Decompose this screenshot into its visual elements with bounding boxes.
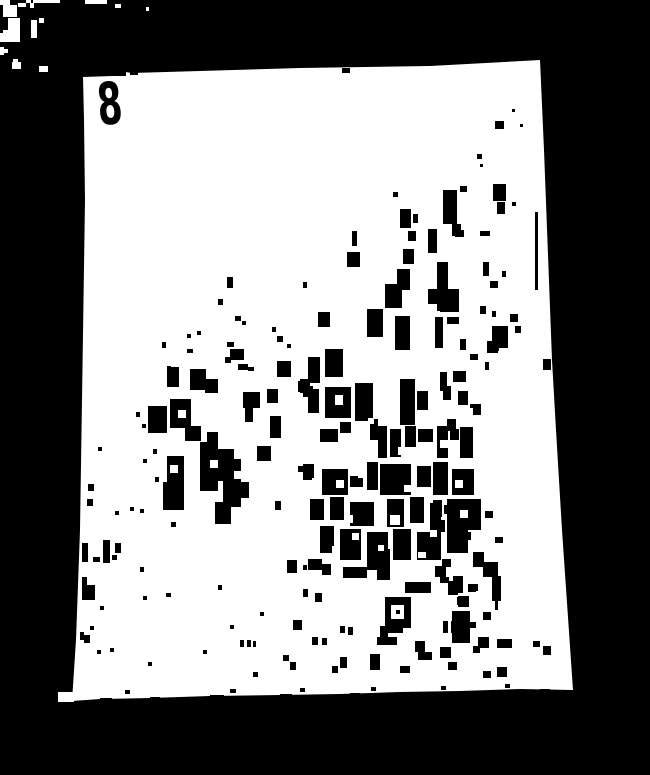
ink-blob bbox=[280, 694, 292, 699]
ink-blob bbox=[80, 632, 84, 640]
ink-blob bbox=[100, 606, 104, 610]
ink-blob bbox=[480, 306, 486, 314]
ink-blob bbox=[505, 684, 510, 688]
noise-hole bbox=[335, 395, 343, 405]
ink-blob bbox=[82, 543, 88, 562]
ink-blob bbox=[348, 627, 353, 635]
noise-hole bbox=[345, 515, 353, 523]
ink-blob bbox=[162, 342, 166, 348]
ink-blob bbox=[447, 317, 459, 324]
margin-speck bbox=[12, 62, 21, 69]
ink-blob bbox=[543, 646, 551, 655]
noise-hole bbox=[210, 460, 218, 468]
noise-hole bbox=[358, 470, 366, 478]
ink-blob bbox=[377, 637, 397, 645]
ink-blob bbox=[483, 612, 491, 620]
ink-blob bbox=[473, 404, 481, 415]
ink-blob bbox=[428, 289, 459, 304]
ink-blob bbox=[257, 446, 271, 461]
ink-blob bbox=[352, 231, 357, 246]
ink-blob bbox=[203, 650, 207, 654]
ink-blob bbox=[497, 639, 512, 648]
ink-blob bbox=[290, 662, 296, 670]
margin-speck bbox=[18, 3, 26, 7]
ink-blob bbox=[435, 317, 443, 348]
ink-blob bbox=[267, 389, 278, 403]
ink-blob bbox=[400, 666, 410, 673]
ink-blob bbox=[385, 284, 402, 308]
ink-blob bbox=[247, 640, 251, 647]
ink-blob bbox=[340, 422, 351, 433]
noise-hole bbox=[170, 465, 178, 473]
ink-blob bbox=[470, 354, 478, 360]
ink-blob bbox=[440, 647, 451, 658]
ink-blob bbox=[190, 369, 206, 390]
ink-blob bbox=[215, 502, 231, 524]
ink-blob bbox=[441, 686, 446, 690]
ink-blob bbox=[417, 466, 431, 487]
ink-blob bbox=[497, 202, 505, 214]
ink-blob bbox=[248, 367, 254, 371]
ink-blob bbox=[367, 309, 383, 337]
margin-speck bbox=[146, 7, 149, 11]
ink-blob bbox=[460, 339, 466, 350]
binarized-photo-canvas: 8 bbox=[0, 0, 650, 775]
ink-blob bbox=[150, 697, 160, 702]
ink-blob bbox=[420, 692, 432, 697]
ink-blob bbox=[512, 202, 516, 206]
margin-speck bbox=[115, 4, 121, 8]
ink-blob bbox=[450, 429, 459, 440]
ink-blob bbox=[480, 231, 490, 236]
ink-blob bbox=[483, 562, 498, 577]
ink-blob bbox=[371, 687, 376, 691]
ink-blob bbox=[230, 459, 241, 471]
ink-blob bbox=[433, 462, 448, 495]
margin-speck bbox=[39, 18, 44, 23]
ink-blob bbox=[405, 582, 431, 593]
ink-blob bbox=[418, 429, 433, 442]
ink-blob bbox=[310, 499, 324, 520]
ink-blob bbox=[308, 559, 322, 570]
ink-blob bbox=[153, 449, 157, 454]
ink-blob bbox=[218, 299, 223, 305]
ink-blob bbox=[322, 564, 331, 575]
ink-blob bbox=[477, 154, 482, 159]
ink-blob bbox=[142, 424, 146, 428]
ink-blob bbox=[242, 321, 246, 325]
ink-blob bbox=[370, 654, 380, 670]
ink-blob bbox=[230, 689, 236, 693]
ink-blob bbox=[512, 109, 515, 112]
ink-blob bbox=[90, 626, 94, 630]
margin-speck bbox=[33, 0, 60, 3]
ink-blob bbox=[473, 552, 484, 567]
ink-blob bbox=[303, 464, 314, 480]
ink-blob bbox=[535, 212, 538, 290]
ink-blob bbox=[253, 641, 256, 647]
ink-blob bbox=[298, 466, 303, 472]
noise-hole bbox=[310, 430, 318, 438]
ink-blob bbox=[143, 459, 147, 463]
ink-blob bbox=[322, 469, 348, 495]
binarized-photo: 8 bbox=[0, 0, 650, 775]
ink-blob bbox=[148, 406, 167, 433]
ink-blob bbox=[143, 596, 147, 600]
ink-blob bbox=[303, 282, 307, 288]
ink-blob bbox=[97, 650, 101, 654]
ink-blob bbox=[270, 416, 281, 438]
ink-blob bbox=[238, 364, 248, 370]
ink-blob bbox=[253, 672, 258, 677]
ink-blob bbox=[540, 689, 550, 694]
ink-blob bbox=[86, 585, 95, 600]
ink-blob bbox=[440, 304, 459, 312]
ink-blob bbox=[347, 252, 360, 267]
ink-blob bbox=[88, 484, 94, 491]
ink-blob bbox=[497, 667, 507, 677]
ink-blob bbox=[103, 540, 110, 563]
ink-blob bbox=[155, 477, 159, 482]
ink-blob bbox=[240, 640, 244, 647]
ink-overlay-layer bbox=[396, 610, 400, 614]
ink-blob bbox=[84, 635, 90, 643]
ink-blob bbox=[492, 311, 496, 317]
ink-blob bbox=[403, 249, 414, 264]
ink-blob bbox=[300, 688, 305, 692]
ink-blob bbox=[493, 184, 506, 201]
ink-blob bbox=[492, 334, 499, 351]
ink-blob bbox=[480, 691, 490, 696]
ink-blob bbox=[463, 532, 471, 540]
ink-blob bbox=[393, 192, 398, 197]
ink-blob bbox=[520, 124, 523, 127]
noise-hole bbox=[455, 480, 463, 488]
ink-blob bbox=[235, 316, 241, 321]
ink-blob bbox=[332, 666, 338, 673]
ink-blob bbox=[218, 585, 222, 590]
ink-blob bbox=[277, 336, 283, 342]
ink-blob bbox=[435, 566, 446, 577]
ink-blob bbox=[510, 314, 518, 322]
ink-blob bbox=[230, 625, 234, 629]
ink-blob bbox=[227, 342, 234, 347]
ink-blob bbox=[377, 549, 390, 580]
ink-blob bbox=[473, 646, 480, 653]
ink-blob bbox=[342, 68, 350, 73]
ink-blob bbox=[100, 698, 112, 703]
ink-blob bbox=[318, 312, 330, 327]
ink-blob bbox=[415, 641, 425, 652]
ink-blob bbox=[187, 334, 191, 338]
ink-blob bbox=[303, 565, 307, 570]
ink-blob bbox=[460, 186, 467, 192]
noise-hole bbox=[460, 510, 468, 518]
ink-blob bbox=[287, 560, 297, 573]
margin-speck bbox=[26, 0, 31, 3]
ink-blob bbox=[287, 344, 291, 348]
noise-hole bbox=[418, 552, 426, 558]
ink-blob bbox=[340, 657, 347, 668]
ink-blob bbox=[140, 567, 144, 572]
margin-speck bbox=[85, 0, 107, 4]
noise-hole bbox=[425, 495, 433, 503]
ink-blob bbox=[355, 383, 373, 421]
ink-blob bbox=[322, 638, 327, 645]
ink-blob bbox=[378, 426, 387, 458]
ink-blob bbox=[210, 695, 224, 700]
ink-blob bbox=[140, 509, 144, 513]
noise-hole bbox=[336, 480, 344, 488]
ink-blob bbox=[343, 567, 367, 578]
ink-blob bbox=[93, 557, 100, 562]
ink-blob bbox=[543, 359, 551, 370]
ink-blob bbox=[130, 70, 138, 75]
ink-blob bbox=[367, 559, 377, 570]
noise-hole bbox=[378, 545, 384, 551]
ink-blob bbox=[125, 690, 130, 694]
ink-blob bbox=[325, 349, 343, 377]
ink-blob bbox=[166, 593, 171, 597]
ink-blob bbox=[230, 349, 244, 360]
ink-blob bbox=[130, 507, 134, 511]
ink-blob bbox=[515, 326, 521, 333]
ink-blob bbox=[470, 622, 476, 628]
ink-blob bbox=[303, 589, 308, 597]
margin-speck bbox=[3, 5, 17, 17]
ink-blob bbox=[367, 462, 378, 490]
ink-blob bbox=[458, 391, 468, 405]
ink-blob bbox=[350, 502, 374, 526]
margin-speck bbox=[0, 0, 10, 5]
noise-hole bbox=[345, 440, 355, 448]
ink-blob bbox=[502, 271, 506, 277]
ink-blob bbox=[260, 612, 264, 616]
ink-blob bbox=[460, 427, 473, 458]
ink-blob bbox=[413, 214, 418, 223]
ink-blob bbox=[485, 511, 493, 518]
ink-blob bbox=[408, 231, 416, 241]
ink-blob bbox=[457, 597, 467, 605]
ink-blob bbox=[320, 526, 334, 553]
ink-blob bbox=[490, 281, 498, 288]
ink-blob bbox=[136, 412, 140, 417]
ink-blob bbox=[277, 361, 291, 377]
ink-blob bbox=[308, 389, 319, 413]
ink-blob bbox=[443, 190, 457, 224]
ink-blob bbox=[388, 626, 403, 633]
ink-blob bbox=[171, 522, 176, 527]
ink-blob bbox=[448, 581, 458, 595]
ink-blob bbox=[187, 349, 193, 353]
ink-blob bbox=[492, 576, 501, 601]
ink-blob bbox=[499, 336, 508, 348]
ink-blob bbox=[480, 164, 483, 167]
ink-blob bbox=[448, 662, 457, 670]
ink-blob bbox=[440, 577, 449, 583]
noise-hole bbox=[440, 440, 448, 448]
ink-blob bbox=[495, 600, 498, 610]
ink-blob bbox=[393, 529, 411, 560]
ink-blob bbox=[400, 209, 411, 228]
noise-hole bbox=[430, 530, 437, 537]
ink-blob bbox=[185, 426, 201, 441]
ink-blob bbox=[405, 426, 416, 447]
ink-blob bbox=[473, 584, 478, 591]
noise-hole bbox=[178, 410, 186, 418]
ink-blob bbox=[330, 497, 344, 520]
ink-blob bbox=[395, 316, 410, 350]
ink-blob bbox=[495, 121, 504, 129]
noise-hole bbox=[390, 515, 400, 525]
ink-blob bbox=[320, 429, 338, 442]
ink-blob bbox=[293, 620, 302, 630]
ink-blob bbox=[283, 655, 289, 661]
ink-blob bbox=[167, 367, 179, 387]
margin-speck bbox=[58, 692, 74, 702]
ink-blob bbox=[227, 277, 233, 288]
noise-hole bbox=[368, 418, 374, 424]
ink-blob bbox=[312, 637, 318, 645]
ink-blob bbox=[485, 362, 489, 370]
ink-blob bbox=[98, 447, 102, 451]
ink-blob bbox=[197, 331, 201, 335]
noise-hole bbox=[398, 447, 408, 455]
ink-blob bbox=[340, 626, 345, 633]
ink-blob bbox=[110, 648, 114, 652]
margin-speck bbox=[4, 49, 8, 53]
ink-blob bbox=[453, 371, 466, 382]
noise-hole bbox=[404, 485, 411, 492]
ink-blob bbox=[444, 505, 452, 514]
ink-blob bbox=[495, 537, 503, 543]
ink-blob bbox=[443, 386, 451, 400]
ink-blob bbox=[112, 555, 117, 560]
ink-blob bbox=[452, 611, 470, 643]
ink-blob bbox=[410, 497, 424, 523]
ink-blob bbox=[87, 499, 93, 506]
ink-blob bbox=[272, 327, 276, 332]
noise-hole bbox=[332, 546, 338, 554]
noise-hole bbox=[352, 533, 359, 540]
ink-blob bbox=[275, 501, 281, 510]
ink-blob bbox=[483, 671, 491, 678]
margin-speck bbox=[31, 20, 37, 38]
noise-hole bbox=[312, 478, 318, 484]
ink-blob bbox=[483, 262, 489, 276]
ink-blob bbox=[455, 230, 464, 237]
margin-speck bbox=[0, 47, 4, 55]
ink-blob bbox=[240, 482, 249, 498]
ink-blob bbox=[245, 407, 253, 422]
ink-blob bbox=[418, 652, 432, 660]
ink-blob bbox=[428, 229, 437, 253]
ink-blob bbox=[115, 511, 119, 515]
ink-blob bbox=[350, 693, 360, 698]
ink-blob bbox=[148, 662, 152, 666]
ink-blob bbox=[163, 482, 184, 510]
ink-blob bbox=[115, 543, 121, 553]
ink-blob bbox=[533, 641, 540, 647]
ink-blob bbox=[243, 392, 260, 408]
margin-speck bbox=[0, 33, 7, 42]
ink-blob bbox=[400, 379, 415, 425]
ink-blob bbox=[417, 391, 428, 410]
ink-blob bbox=[442, 559, 451, 567]
ink-dot bbox=[396, 610, 400, 614]
ink-blob bbox=[315, 593, 322, 602]
margin-speck bbox=[30, 3, 34, 8]
margin-speck bbox=[39, 66, 48, 72]
ink-blob bbox=[205, 379, 218, 393]
ink-blob bbox=[443, 621, 448, 633]
